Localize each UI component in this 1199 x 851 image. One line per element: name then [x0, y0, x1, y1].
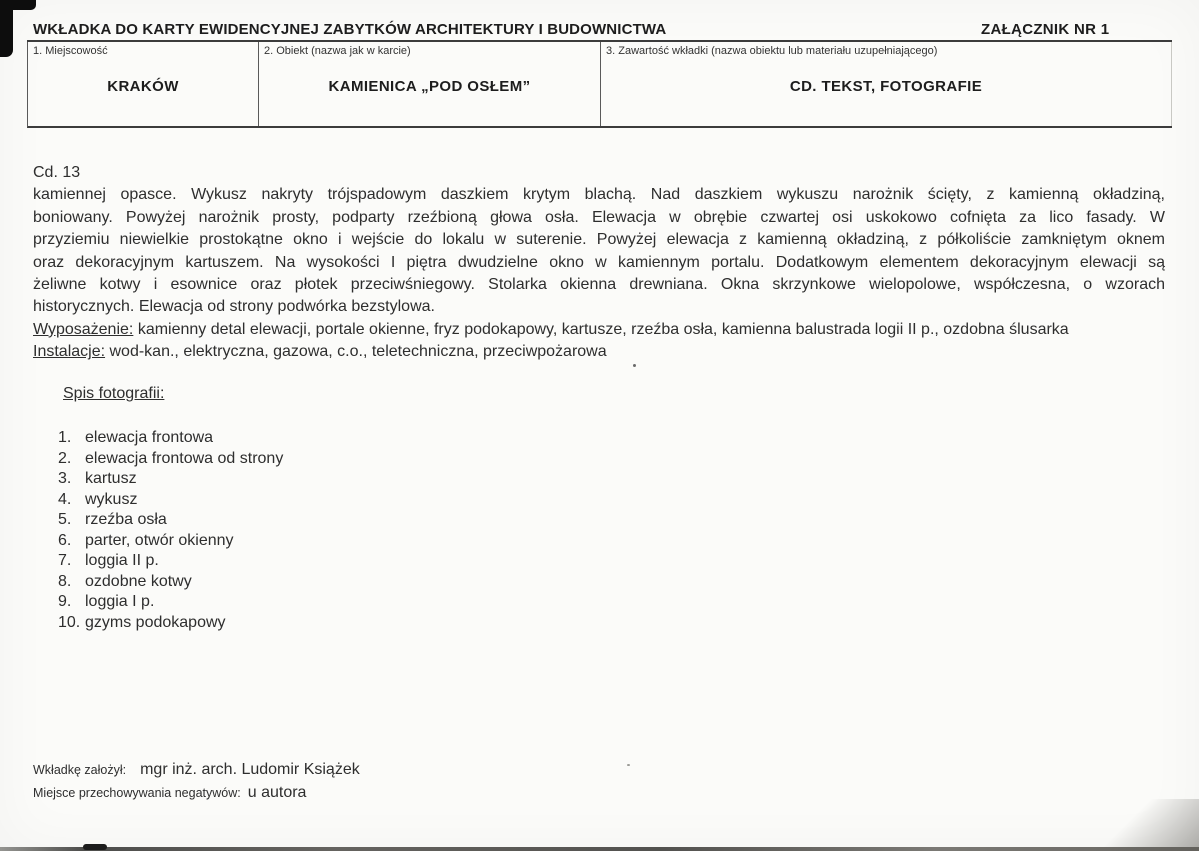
item-number: 1.	[58, 428, 85, 449]
cell-label: 1. Miejscowość	[33, 45, 108, 57]
paragraph-line: boniowany. Powyżej narożnik prosty, podp…	[33, 207, 1165, 229]
item-number: 7.	[58, 551, 85, 572]
photo-list-heading: Spis fotografii:	[63, 385, 164, 403]
photo-list-item: 9.loggia I p.	[58, 592, 283, 613]
item-number: 9.	[58, 592, 85, 613]
item-number: 6.	[58, 531, 85, 552]
photo-list-item: 10.gzyms podokapowy	[58, 613, 283, 634]
item-label: rzeźba osła	[85, 510, 167, 531]
paragraph-line: przyziemiu niewielkie prostokątne okno i…	[33, 229, 1165, 251]
item-label: kartusz	[85, 469, 137, 490]
cell-value: KAMIENICA „POD OSŁEM”	[259, 78, 600, 95]
equipment-line: Wyposażenie: kamienny detal elewacji, po…	[33, 319, 1165, 341]
photo-list-item: 3.kartusz	[58, 469, 283, 490]
author-name: mgr inż. arch. Ludomir Książek	[140, 761, 360, 778]
cell-label: 2. Obiekt (nazwa jak w karcie)	[264, 45, 411, 57]
table-cell-zawartosc: 3. Zawartość wkładki (nazwa obiektu lub …	[601, 42, 1172, 126]
cell-value: CD. TEKST, FOTOGRAFIE	[601, 78, 1171, 95]
photo-list-item: 7.loggia II p.	[58, 551, 283, 572]
paragraph-line: oraz dekoracyjnym kartuszem. Na wysokośc…	[33, 252, 1165, 274]
item-label: gzyms podokapowy	[85, 613, 226, 634]
scan-artifact-corner-top	[0, 0, 36, 10]
equipment-text: kamienny detal elewacji, portale okienne…	[138, 321, 1069, 338]
item-label: elewacja frontowa od strony	[85, 449, 283, 470]
photo-list-item: 5.rzeźba osła	[58, 510, 283, 531]
scan-speck	[633, 364, 636, 367]
photo-list-item: 8.ozdobne kotwy	[58, 572, 283, 593]
installations-text: wod-kan., elektryczna, gazowa, c.o., tel…	[110, 343, 607, 360]
scan-artifact-blob	[83, 844, 107, 850]
item-number: 4.	[58, 490, 85, 511]
photo-list-item: 4.wykusz	[58, 490, 283, 511]
item-number: 8.	[58, 572, 85, 593]
attachment-number: ZAŁĄCZNIK NR 1	[981, 21, 1109, 38]
scan-artifact-corner-shadow	[1089, 799, 1199, 851]
item-label: ozdobne kotwy	[85, 572, 192, 593]
item-label: loggia II p.	[85, 551, 159, 572]
item-label: parter, otwór okienny	[85, 531, 234, 552]
item-number: 3.	[58, 469, 85, 490]
cell-label: 3. Zawartość wkładki (nazwa obiektu lub …	[606, 45, 937, 57]
equipment-label: Wyposażenie:	[33, 321, 133, 338]
author-line: Wkładkę założył:mgr inż. arch. Ludomir K…	[33, 761, 360, 779]
item-label: wykusz	[85, 490, 137, 511]
scanned-document-page: WKŁADKA DO KARTY EWIDENCYJNEJ ZABYTKÓW A…	[0, 0, 1199, 851]
table-cell-miejscowosc: 1. Miejscowość KRAKÓW	[28, 42, 259, 126]
photo-list-item: 2.elewacja frontowa od strony	[58, 449, 283, 470]
installations-label: Instalacje:	[33, 343, 105, 360]
scan-speck	[627, 764, 630, 766]
item-label: loggia I p.	[85, 592, 154, 613]
item-number: 10.	[58, 613, 85, 634]
item-number: 5.	[58, 510, 85, 531]
continuation-label: Cd. 13	[33, 162, 1165, 184]
installations-line: Instalacje: wod-kan., elektryczna, gazow…	[33, 341, 1165, 363]
description-section: Cd. 13 kamiennej opasce. Wykusz nakryty …	[33, 162, 1165, 364]
photo-list-item: 6.parter, otwór okienny	[58, 531, 283, 552]
paragraph-line: żeliwne kotwy i esownice oraz płotek prz…	[33, 274, 1165, 296]
item-number: 2.	[58, 449, 85, 470]
negatives-label: Miejsce przechowywania negatywów:	[33, 786, 241, 800]
item-label: elewacja frontowa	[85, 428, 213, 449]
author-label: Wkładkę założył:	[33, 763, 126, 777]
negatives-location: u autora	[248, 784, 307, 801]
document-title: WKŁADKA DO KARTY EWIDENCYJNEJ ZABYTKÓW A…	[33, 21, 666, 38]
metadata-table: 1. Miejscowość KRAKÓW 2. Obiekt (nazwa j…	[27, 42, 1172, 128]
scan-artifact-bottom-line	[0, 847, 1199, 851]
paragraph-line: historycznych. Elewacja od strony podwór…	[33, 296, 1165, 318]
cell-value: KRAKÓW	[28, 78, 258, 95]
negatives-line: Miejsce przechowywania negatywów:u autor…	[33, 784, 306, 802]
photo-list-item: 1.elewacja frontowa	[58, 428, 283, 449]
table-cell-obiekt: 2. Obiekt (nazwa jak w karcie) KAMIENICA…	[259, 42, 601, 126]
photo-list: 1.elewacja frontowa 2.elewacja frontowa …	[58, 428, 283, 633]
paragraph-line: kamiennej opasce. Wykusz nakryty trójspa…	[33, 184, 1165, 206]
